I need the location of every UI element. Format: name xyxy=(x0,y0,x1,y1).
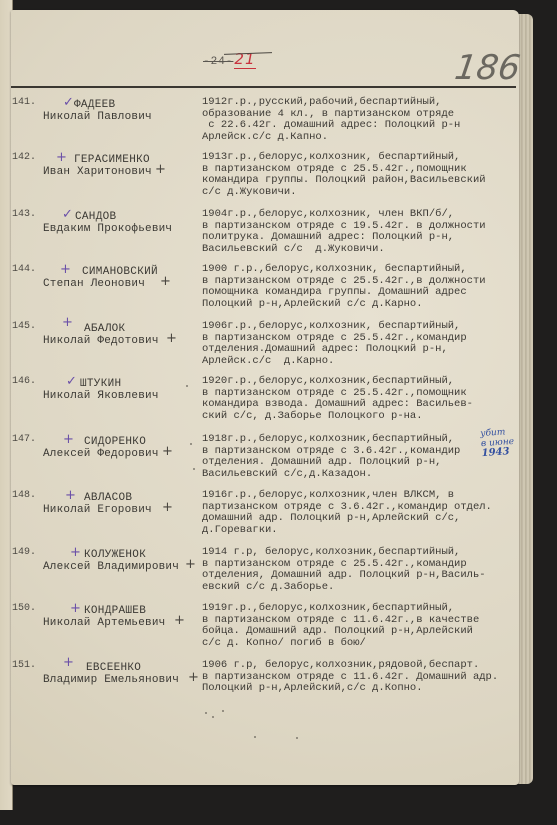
cross-mark-icon: + xyxy=(65,490,76,502)
entry-surname: АБАЛОК xyxy=(84,323,125,335)
cross-mark-icon: + xyxy=(56,152,67,164)
cross-mark-icon: + xyxy=(70,547,81,559)
entry-number: 148. xyxy=(12,490,36,501)
entry-number: 143. xyxy=(12,209,36,220)
entry-surname: СИДОРЕНКО xyxy=(84,436,146,448)
entry-surname: САНДОВ xyxy=(75,211,116,223)
ink-speck xyxy=(186,385,188,387)
entry-given-names: Николай Егорович xyxy=(43,504,152,516)
handwritten-margin-note: убит в июне 1943 xyxy=(480,427,515,459)
cross-mark-icon: + xyxy=(60,264,71,276)
entry-number: 144. xyxy=(12,264,36,275)
ink-speck xyxy=(212,716,214,718)
header-rule xyxy=(11,86,516,88)
ink-speck xyxy=(190,443,192,445)
entry-given-names: Степан Леонович xyxy=(43,278,145,290)
entry-number: 146. xyxy=(12,376,36,387)
entry-number: 150. xyxy=(12,603,36,614)
entry-details: 1900 г.р.,белорус,колхозник, беспартийны… xyxy=(202,264,532,310)
entry-given-names: Алексей Федорович xyxy=(43,448,159,460)
entry-surname: КОНДРАШЕВ xyxy=(84,605,146,617)
entry-details: 1904г.р.,белорус,колхозник, член ВКП/б/,… xyxy=(202,209,532,255)
ink-speck xyxy=(254,736,256,738)
archive-sheet-number: 186 xyxy=(452,48,523,88)
ink-speck xyxy=(222,710,224,712)
entry-given-names: Владимир Емельянович xyxy=(43,674,179,686)
cross-mark-icon: + xyxy=(63,434,74,446)
cross-mark-icon: + xyxy=(162,444,173,459)
entry-details: 1914 г.р, белорус,колхозник,беспартийный… xyxy=(202,547,532,593)
entry-details: 1920г.р.,белорус,колхозник,беспартийный,… xyxy=(202,376,532,422)
entry-surname: СИМАНОВСКИЙ xyxy=(82,266,158,278)
entry-details: 1919г.р.,белорус,колхозник,беспартийный,… xyxy=(202,603,532,649)
cross-mark-icon: + xyxy=(185,557,196,572)
entry-surname: ГЕРАСИМЕНКО xyxy=(74,154,150,166)
entry-details: 1916г.р.,белорус,колхозник,член ВЛКСМ, в… xyxy=(202,490,532,536)
entry-given-names: Николай Павлович xyxy=(43,111,152,123)
cross-mark-icon: + xyxy=(70,603,81,615)
check-mark-icon: ✓ xyxy=(66,376,77,388)
entry-surname: ФАДЕЕВ xyxy=(74,99,115,111)
entry-details: 1913г.р.,белорус,колхозник, беспартийный… xyxy=(202,152,532,198)
cross-mark-icon: + xyxy=(188,670,199,685)
cross-mark-icon: + xyxy=(166,331,177,346)
ink-speck xyxy=(296,737,298,739)
cross-mark-icon: + xyxy=(160,274,171,289)
entry-details: 1912г.р.,русский,рабочий,беспартийный, о… xyxy=(202,97,532,143)
ink-speck xyxy=(193,468,195,470)
typed-page-number: -24- xyxy=(203,56,233,68)
check-mark-icon: ✓ xyxy=(63,97,74,109)
entry-details: 1906г.р.,белорус,колхозник, беспартийный… xyxy=(202,321,532,367)
entry-number: 145. xyxy=(12,321,36,332)
ink-speck xyxy=(205,712,207,714)
entry-given-names: Евдаким Прокофьевич xyxy=(43,223,172,235)
entry-number: 151. xyxy=(12,660,36,671)
entry-surname: КОЛУЖЕНОК xyxy=(84,549,146,561)
cross-mark-icon: + xyxy=(63,657,74,669)
entry-given-names: Алексей Владимирович xyxy=(43,561,179,573)
entry-given-names: Николай Артемьевич xyxy=(43,617,165,629)
entry-number: 149. xyxy=(12,547,36,558)
entry-number: 141. xyxy=(12,97,36,108)
entry-surname: АВЛАСОВ xyxy=(84,492,132,504)
entry-number: 147. xyxy=(12,434,36,445)
entry-surname: ШТУКИН xyxy=(80,378,121,390)
cross-mark-icon: + xyxy=(162,500,173,515)
entry-given-names: Николай Яковлевич xyxy=(43,390,159,402)
entry-number: 142. xyxy=(12,152,36,163)
cross-mark-icon: + xyxy=(62,317,73,329)
cross-mark-icon: + xyxy=(174,613,185,628)
entry-details: 1906 г.р, белорус,колхозник,рядовой,бесп… xyxy=(202,660,532,695)
entry-given-names: Николай Федотович xyxy=(43,335,159,347)
entry-surname: ЕВСЕЕНКО xyxy=(86,662,141,674)
entry-given-names: Иван Харитонович xyxy=(43,166,152,178)
check-mark-icon: ✓ xyxy=(62,209,73,221)
cross-mark-icon: + xyxy=(155,162,166,177)
